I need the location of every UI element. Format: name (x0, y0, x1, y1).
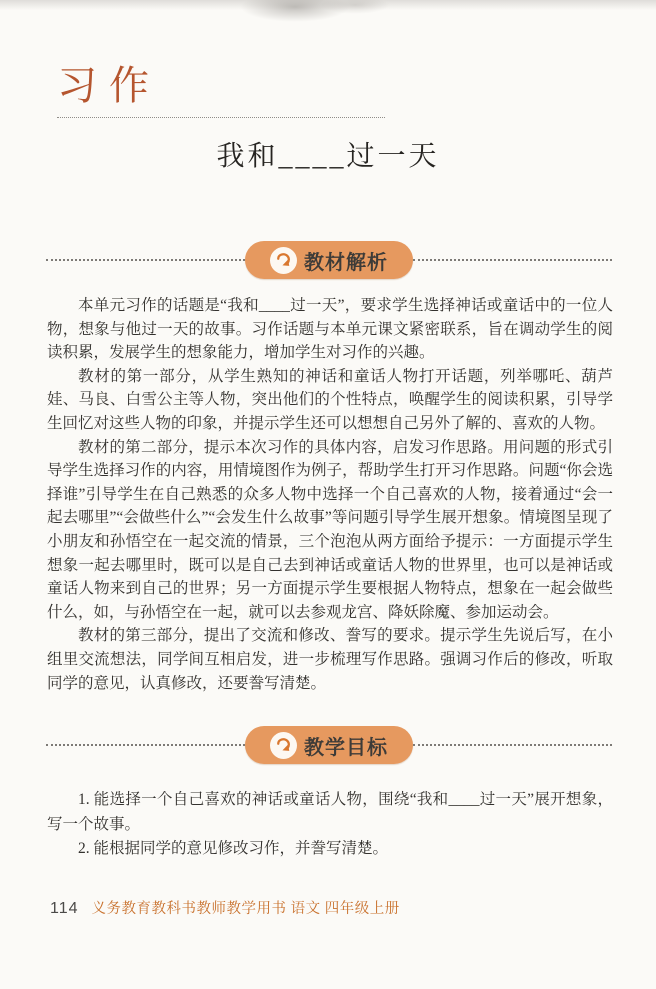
writing-section-label: 习作 (57, 62, 161, 110)
analysis-paragraph: 本单元习作的话题是“我和____过一天”，要求学生选择神话或童话中的一位人物，想… (47, 294, 613, 365)
scan-shadow (0, 0, 656, 10)
badge-dotted-line (46, 259, 245, 261)
composition-title: 我和____过一天 (0, 140, 656, 174)
goal-item: 1. 能选择一个自己喜欢的神话或童话人物，围绕“我和____过一天”展开想象，写… (47, 788, 613, 837)
curved-down-right-arrow-icon (270, 247, 297, 274)
badge-label: 教材解析 (304, 246, 388, 275)
page-number: 114 (50, 900, 79, 918)
badge-dotted-line (413, 259, 612, 261)
analysis-paragraph: 教材的第一部分，从学生熟知的神话和童话人物打开话题，列举哪吒、葫芦娃、马良、白雪… (47, 365, 613, 436)
page-footer: 114 义务教育教科书教师教学用书 语文 四年级上册 (50, 897, 400, 918)
teaching-goals-content: 1. 能选择一个自己喜欢的神话或童话人物，围绕“我和____过一天”展开想象，写… (47, 788, 613, 862)
header-divider (57, 117, 385, 118)
scan-smudge (320, 0, 390, 14)
textbook-analysis-badge: 教材解析 (245, 241, 413, 279)
textbook-analysis-badge-row: 教材解析 (46, 241, 612, 279)
analysis-paragraph: 教材的第三部分，提出了交流和修改、誊写的要求。提示学生先说后写，在小组里交流想法… (47, 624, 613, 695)
badge-dotted-line (413, 744, 612, 746)
badge-label: 教学目标 (304, 731, 388, 760)
curved-down-right-arrow-icon (270, 732, 297, 759)
book-page: 习作 我和____过一天 教材解析 本单元习作的话题是“我和____过一天”，要… (0, 0, 656, 989)
analysis-paragraph: 教材的第二部分，提示本次习作的具体内容，启发习作思路。用问题的形式引导学生选择习… (47, 436, 613, 625)
teaching-goals-badge: 教学目标 (245, 726, 413, 764)
textbook-analysis-content: 本单元习作的话题是“我和____过一天”，要求学生选择神话或童话中的一位人物，想… (47, 294, 613, 695)
teaching-goals-badge-row: 教学目标 (46, 726, 612, 764)
scan-smudge (240, 0, 350, 22)
book-title: 义务教育教科书教师教学用书 语文 四年级上册 (92, 897, 400, 918)
badge-dotted-line (46, 744, 245, 746)
goal-item: 2. 能根据同学的意见修改习作，并誊写清楚。 (47, 837, 613, 862)
